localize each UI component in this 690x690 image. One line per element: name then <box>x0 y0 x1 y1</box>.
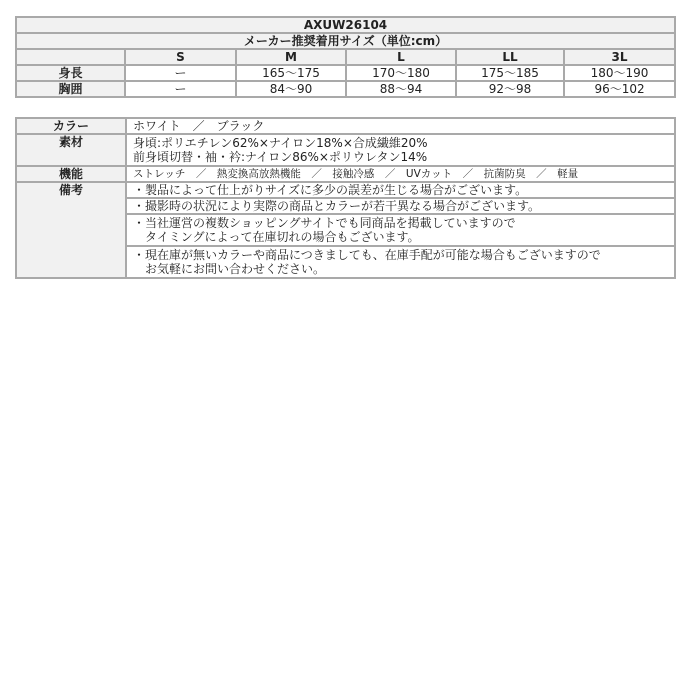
size-header-l: L <box>346 49 456 65</box>
chest-l: 88〜94 <box>346 81 456 97</box>
material-line: 前身頃切替・袖・衿:ナイロン86%×ポリウレタン14% <box>133 150 674 164</box>
table-row-chest: 胸囲 ー 84〜90 88〜94 92〜98 96〜102 <box>16 81 675 97</box>
row-label-height: 身長 <box>16 65 125 81</box>
size-table-subtitle: メーカー推奨着用サイズ（単位:cm） <box>16 33 675 49</box>
note-line: ・撮影時の状況により実際の商品とカラーが若干異なる場合がございます。 <box>133 199 674 213</box>
height-3l: 180〜190 <box>564 65 675 81</box>
note-line: お気軽にお問い合わせください。 <box>133 262 674 276</box>
note-item: ・撮影時の状況により実際の商品とカラーが若干異なる場合がございます。 <box>126 198 675 214</box>
note-item: ・当社運営の複数ショッピングサイトでも同商品を掲載していますので タイミングによ… <box>126 214 675 246</box>
size-header-m: M <box>236 49 346 65</box>
spec-table: カラー ホワイト ／ ブラック 素材 身頃:ポリエチレン62%×ナイロン18%×… <box>15 117 676 279</box>
height-l: 170〜180 <box>346 65 456 81</box>
chest-ll: 92〜98 <box>456 81 564 97</box>
model-number: AXUW26104 <box>16 17 675 33</box>
height-s: ー <box>125 65 236 81</box>
size-header-blank <box>16 49 125 65</box>
note-item: ・製品によって仕上がりサイズに多少の誤差が生じる場合がございます。 <box>126 182 675 198</box>
function-label: 機能 <box>16 166 126 182</box>
notes-label: 備考 <box>16 182 126 278</box>
chest-3l: 96〜102 <box>564 81 675 97</box>
note-line: ・製品によって仕上がりサイズに多少の誤差が生じる場合がございます。 <box>133 183 674 197</box>
row-label-chest: 胸囲 <box>16 81 125 97</box>
size-header-3l: 3L <box>564 49 675 65</box>
color-value: ホワイト ／ ブラック <box>126 118 675 134</box>
table-row-height: 身長 ー 165〜175 170〜180 175〜185 180〜190 <box>16 65 675 81</box>
note-item: ・現在庫が無いカラーや商品につきましても、在庫手配が可能な場合もございますので … <box>126 246 675 278</box>
material-line: 身頃:ポリエチレン62%×ナイロン18%×合成繊維20% <box>133 136 674 150</box>
size-header-s: S <box>125 49 236 65</box>
note-line: ・現在庫が無いカラーや商品につきましても、在庫手配が可能な場合もございますので <box>133 248 674 262</box>
height-m: 165〜175 <box>236 65 346 81</box>
table-row-notes: 備考 ・製品によって仕上がりサイズに多少の誤差が生じる場合がございます。 <box>16 182 675 198</box>
material-label: 素材 <box>16 134 126 166</box>
chest-m: 84〜90 <box>236 81 346 97</box>
material-value: 身頃:ポリエチレン62%×ナイロン18%×合成繊維20% 前身頃切替・袖・衿:ナ… <box>126 134 675 166</box>
note-line: ・当社運営の複数ショッピングサイトでも同商品を掲載していますので <box>133 216 674 230</box>
table-row-color: カラー ホワイト ／ ブラック <box>16 118 675 134</box>
chest-s: ー <box>125 81 236 97</box>
function-value: ストレッチ ／ 熱変換高放熱機能 ／ 接触冷感 ／ UVカット ／ 抗菌防臭 ／… <box>126 166 675 182</box>
note-line: タイミングによって在庫切れの場合もございます。 <box>133 230 674 244</box>
table-row-material: 素材 身頃:ポリエチレン62%×ナイロン18%×合成繊維20% 前身頃切替・袖・… <box>16 134 675 166</box>
table-row-function: 機能 ストレッチ ／ 熱変換高放熱機能 ／ 接触冷感 ／ UVカット ／ 抗菌防… <box>16 166 675 182</box>
size-header-ll: LL <box>456 49 564 65</box>
size-table: AXUW26104 メーカー推奨着用サイズ（単位:cm） S M L LL 3L… <box>15 16 676 98</box>
color-label: カラー <box>16 118 126 134</box>
height-ll: 175〜185 <box>456 65 564 81</box>
